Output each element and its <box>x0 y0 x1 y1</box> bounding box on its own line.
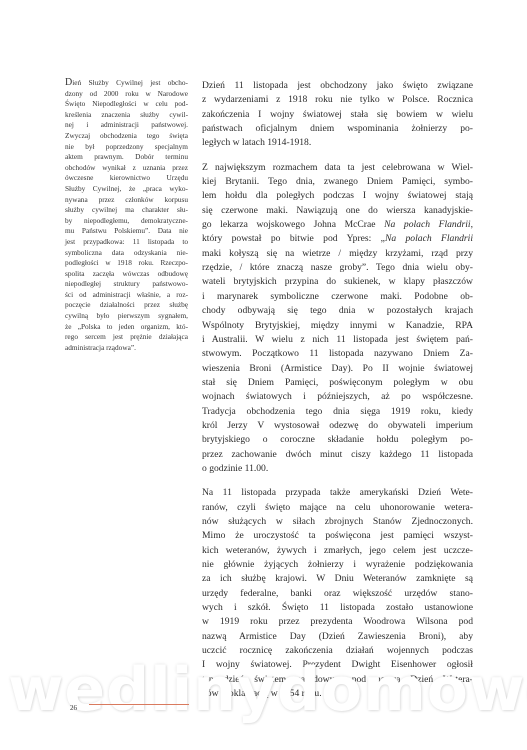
sidebar-line: Służby Cywilnej, że „praca wyko- <box>65 184 188 195</box>
text-line: nów służących w siłach zbrojnych Stanów … <box>202 515 473 529</box>
text-line: wateli brytyjskich przypina do sukienek,… <box>202 275 473 289</box>
text-line: Dzień 11 listopada jest obchodzony jako … <box>202 79 473 93</box>
sidebar-line: podległości w 1918 roku. Rzeczpo- <box>65 258 188 269</box>
sidebar-line: niepodległej struktury państwowo- <box>65 279 188 290</box>
main-text-column: Dzień 11 listopada jest obchodzony jako … <box>202 79 473 711</box>
text-line: Z największym rozmachem data ta jest cel… <box>202 161 473 175</box>
watermark: wedlinydomowe.pl <box>8 660 527 720</box>
text-line: z wydarzeniami z 1918 roku nie tylko w P… <box>202 93 473 107</box>
sidebar-line: ści od administracji właśnie, a roz- <box>65 290 188 301</box>
text-line: Tradycja obchodzenia tego dnia sięga 191… <box>202 405 473 419</box>
sidebar-line: mu Państwu Polskiemu”. Data nie <box>65 226 188 237</box>
text-line: w 1919 roku przez prezydenta Woodrowa Wi… <box>202 615 473 629</box>
text-line: się czerwone maki. Nawiązują one do wier… <box>202 204 473 218</box>
text-line: król Jerzy V wystosował odezwę do obywat… <box>202 419 473 433</box>
sidebar-line: służby cywilnej ma charakter słu- <box>65 205 188 216</box>
text-line: brytyjskiego o coroczne składanie hołdu … <box>202 433 473 447</box>
sidebar-line: że „Polska to jeden organizm, któ- <box>65 322 188 333</box>
text-line: go lekarza wojskowego Johna McCrae Na po… <box>202 218 473 232</box>
sidebar-line: poczęcie działalności przez służbę <box>65 300 188 311</box>
document-page: Dień Służby Cywilnej jest obcho- dzony o… <box>0 0 527 750</box>
text-line: przez zachowanie dwóch minut ciszy każde… <box>202 448 473 462</box>
sidebar-line: spolita zaczęła wówczas odbudowę <box>65 269 188 280</box>
text-line: wieszenia Broni (Armistice Day). Po II w… <box>202 362 473 376</box>
text-line: Mimo że uroczystość ta poświęcona jest p… <box>202 529 473 543</box>
sidebar-line: obchodów wynikał z uznania przez <box>65 163 188 174</box>
text-line: wojnach światowych i późniejszych, aż po… <box>202 390 473 404</box>
sidebar-line: symboliczna data odzyskania nie- <box>65 248 188 259</box>
sidebar-line: nywana przez członków korpusu <box>65 195 188 206</box>
text-line: państwach oficjalnym dniem wspominania ż… <box>202 122 473 136</box>
text-line: i marynarek symboliczne czerwone maki. P… <box>202 290 473 304</box>
text-line: chody odbywają się tego dnia w pozostały… <box>202 304 473 318</box>
text-line: kiej Brytanii. Tego dnia, zwanego Dniem … <box>202 175 473 189</box>
text-line: ranów, czyli święto mające na celu uhono… <box>202 501 473 515</box>
poem-title: Na polach Flandrii <box>384 219 471 230</box>
text-line: ległych w latach 1914-1918. <box>202 136 473 150</box>
text-line: rzędzie, / które znaczą nasze groby”. Te… <box>202 261 473 275</box>
text-line: lem hołdu dla poległych podczas I wojny … <box>202 189 473 203</box>
sidebar-line: by niepodległemu, demokratyczne- <box>65 216 188 227</box>
page-number: 26 <box>70 704 77 712</box>
sidebar-line: kreślenia znaczenia służby cywil- <box>65 110 188 121</box>
text-line: urzędy federalne, banki oraz większość u… <box>202 587 473 601</box>
sidebar-line: Dień Służby Cywilnej jest obcho- <box>65 78 188 89</box>
poem-title: Na polach Flandrii <box>385 233 473 244</box>
sidebar-line: cywilną było pierwszym sygnałem, <box>65 311 188 322</box>
text-line: nie głównie żyjących żołnierzy i wyrażen… <box>202 558 473 572</box>
sidebar-line: Święto Niepodległości w celu pod- <box>65 99 188 110</box>
sidebar-line: administracja rządowa”. <box>65 343 188 354</box>
sidebar-line: rego sercem jest prężnie działająca <box>65 332 188 343</box>
paragraph-1: Dzień 11 listopada jest obchodzony jako … <box>202 79 473 151</box>
text-line: i Australii. W wielu z nich 11 listopada… <box>202 333 473 347</box>
text-line: nazwą Armistice Day (Dzień Zawieszenia B… <box>202 630 473 644</box>
text-line: maki kołyszą się na wietrze / między krz… <box>202 247 473 261</box>
text-line: o godzinie 11.00. <box>202 462 473 476</box>
paragraph-2: Z największym rozmachem data ta jest cel… <box>202 161 473 477</box>
sidebar-line: jest przypadkowa: 11 listopada to <box>65 237 188 248</box>
text-line: stał się Dniem Pamięci, poświęconym pole… <box>202 376 473 390</box>
text-line: Wspólnoty Brytyjskiej, między innymi w K… <box>202 319 473 333</box>
text-line: Na 11 listopada przypada także amerykańs… <box>202 486 473 500</box>
text-line: kich weteranów, żywych i zmarłych, jego … <box>202 544 473 558</box>
footer-rule <box>89 704 189 705</box>
sidebar-line: aktem prawnym. Dobór terminu <box>65 152 188 163</box>
text-line: zakończenia I wojny światowej stała się … <box>202 108 473 122</box>
sidebar-line: nej i administracji państwowej. <box>65 120 188 131</box>
text-line: wych i szkół. Święto 11 listopada został… <box>202 601 473 615</box>
sidebar-line: ówczesne kierownictwo Urzędu <box>65 173 188 184</box>
text-line: który powstał po bitwie pod Ypres: „Na p… <box>202 232 473 246</box>
text-line: stwowym. Początkowo 11 listopada nazywan… <box>202 347 473 361</box>
sidebar-note: Dień Służby Cywilnej jest obcho- dzony o… <box>65 78 188 353</box>
sidebar-line: dzony od 2000 roku w Narodowe <box>65 89 188 100</box>
sidebar-line: Zwyczaj obchodzenia tego święta <box>65 131 188 142</box>
sidebar-line: nie był poprzedzony specjalnym <box>65 142 188 153</box>
text-line: za ich służbę krajowi. W Dniu Weteranów … <box>202 572 473 586</box>
